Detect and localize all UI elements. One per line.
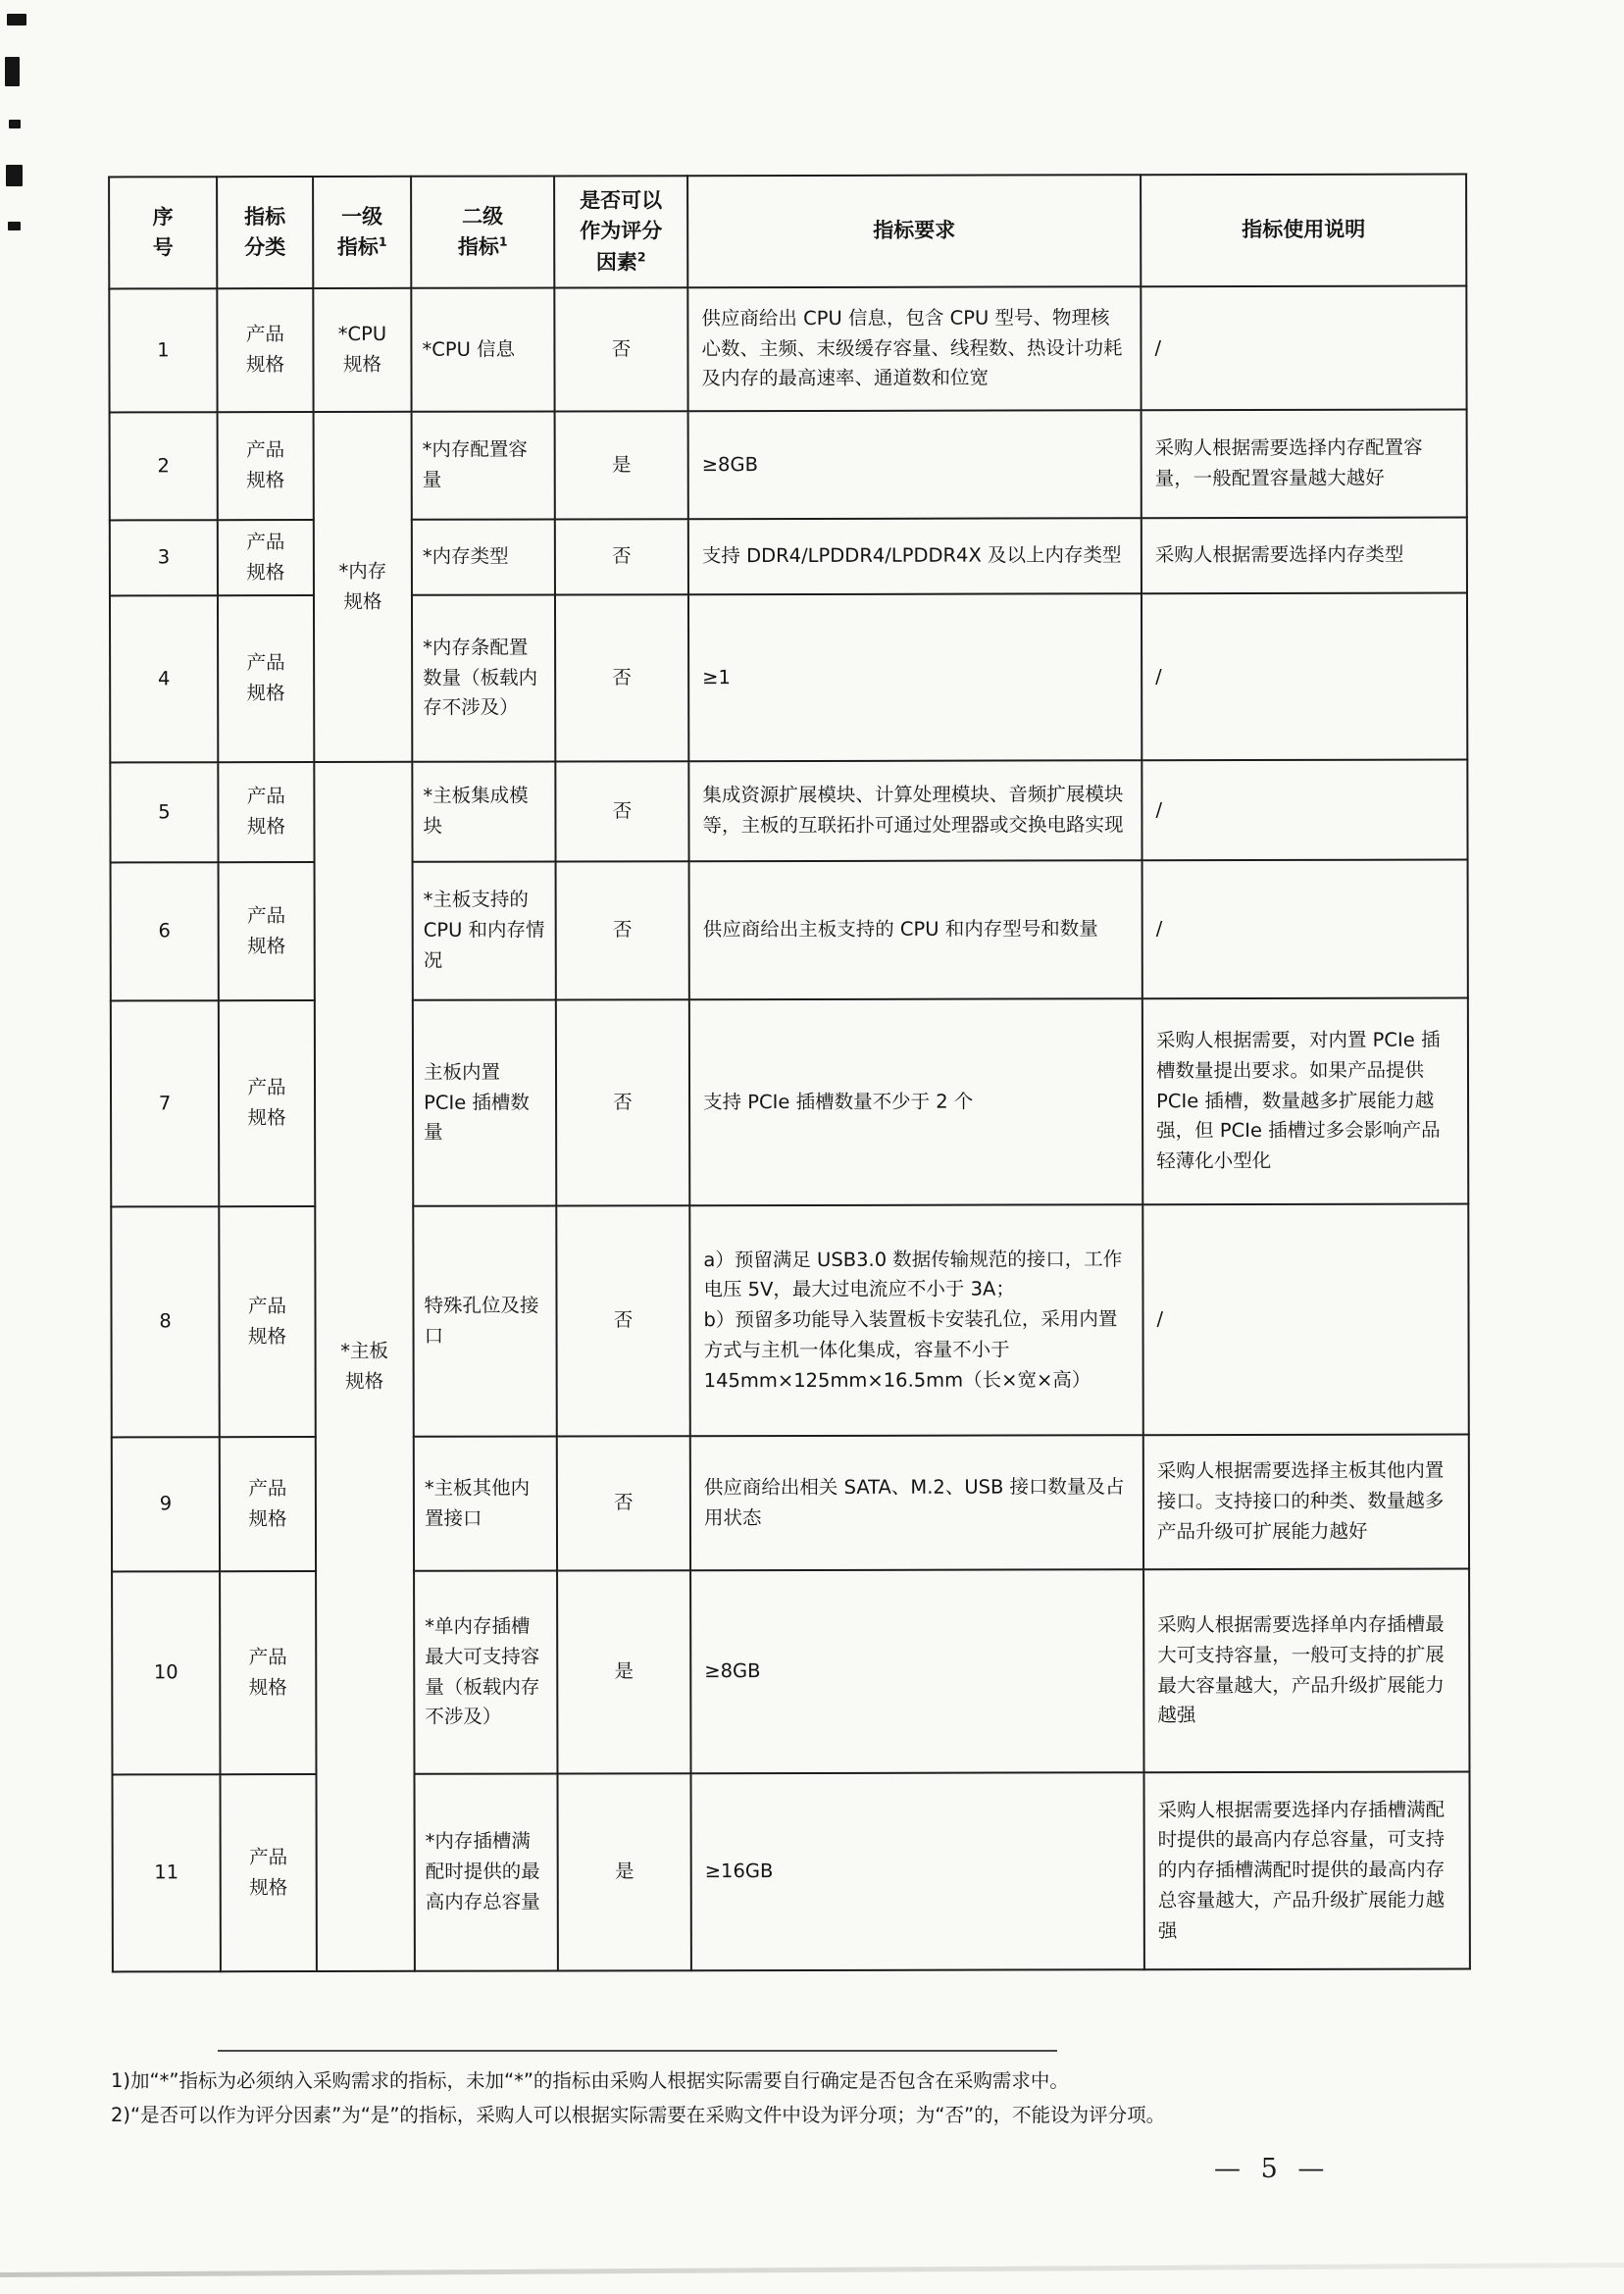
table-header-row: 序 号 指标 分类 一级 指标1 二级 指标1 是否可以 作为评分 因素2 指标… <box>109 175 1466 289</box>
footnote-ref: 1 <box>499 234 508 249</box>
cell-level1: *内存 规格 <box>314 412 413 762</box>
scan-artifact <box>7 14 26 25</box>
cell-requirement: 支持 DDR4/LPDDR4/LPDDR4X 及以上内存类型 <box>688 518 1142 594</box>
cell-requirement: 支持 PCIe 插槽数量不少于 2 个 <box>689 998 1142 1205</box>
cell-level2: *CPU 信息 <box>411 288 554 412</box>
footnote-line: 2)“是否可以作为评分因素”为“是”的指标，采购人可以根据实际需要在采购文件中设… <box>111 2098 1543 2132</box>
cell-category: 产品 规格 <box>220 1571 316 1774</box>
header-category: 指标 分类 <box>217 177 313 288</box>
cell-seq: 8 <box>111 1206 219 1437</box>
cell-level1: *CPU 规格 <box>313 288 411 412</box>
cell-seq: 6 <box>111 862 219 1000</box>
cell-usage: / <box>1141 286 1466 411</box>
cell-scoring: 否 <box>556 861 689 999</box>
cell-level2: *主板支持的 CPU 和内存情况 <box>413 861 556 999</box>
table-row: 3 产品 规格 *内存类型 否 支持 DDR4/LPDDR4/LPDDR4X 及… <box>110 518 1467 596</box>
cell-seq: 3 <box>110 520 218 595</box>
cell-scoring: 否 <box>555 761 688 861</box>
cell-seq: 7 <box>111 1000 219 1206</box>
header-requirement: 指标要求 <box>687 175 1141 287</box>
cell-usage: 采购人根据需要选择内存配置容量，一般配置容量越大越好 <box>1142 410 1467 519</box>
table-row: 6 产品 规格 *主板支持的 CPU 和内存情况 否 供应商给出主板支持的 CP… <box>111 860 1468 1001</box>
cell-scoring: 否 <box>554 287 687 411</box>
cell-usage: / <box>1142 760 1467 861</box>
table-row: 9 产品 规格 *主板其他内置接口 否 供应商给出相关 SATA、M.2、USB… <box>112 1435 1469 1572</box>
cell-level2: *主板集成模块 <box>412 761 555 861</box>
cell-usage: / <box>1142 1204 1468 1436</box>
cell-level1: *主板 规格 <box>314 762 415 1971</box>
cell-seq: 9 <box>112 1437 220 1571</box>
page-number: — 5 — <box>1214 2154 1330 2184</box>
cell-category: 产品 规格 <box>218 412 314 520</box>
cell-requirement: ≥8GB <box>688 410 1142 519</box>
scan-artifact <box>0 2263 1624 2277</box>
cell-scoring: 是 <box>557 1570 690 1773</box>
cell-scoring: 否 <box>555 594 688 761</box>
cell-category: 产品 规格 <box>219 1000 315 1206</box>
table-row: 8 产品 规格 特殊孔位及接口 否 a）预留满足 USB3.0 数据传输规范的接… <box>111 1204 1468 1438</box>
cell-level2: *内存插槽满配时提供的最高内存总容量 <box>414 1773 557 1970</box>
cell-scoring: 是 <box>555 411 688 519</box>
scanned-document-page: 序 号 指标 分类 一级 指标1 二级 指标1 是否可以 作为评分 因素2 指标… <box>0 0 1624 2294</box>
scan-artifact <box>6 165 23 186</box>
cell-seq: 10 <box>112 1571 220 1774</box>
cell-category: 产品 规格 <box>219 1206 315 1437</box>
cell-requirement: ≥16GB <box>690 1772 1143 1970</box>
scan-artifact <box>9 120 21 128</box>
cell-usage: 采购人根据需要选择内存插槽满配时提供的最高内存总容量，可支持的内存插槽满配时提供… <box>1143 1772 1469 1970</box>
cell-requirement: 供应商给出主板支持的 CPU 和内存型号和数量 <box>689 860 1142 999</box>
cell-seq: 11 <box>112 1774 220 1971</box>
header-scoring: 是否可以 作为评分 因素2 <box>554 176 687 287</box>
cell-scoring: 否 <box>555 519 688 594</box>
cell-category: 产品 规格 <box>218 595 314 762</box>
cell-scoring: 否 <box>556 999 689 1205</box>
cell-scoring: 否 <box>557 1436 690 1570</box>
cell-category: 产品 规格 <box>220 1774 316 1971</box>
table-row: 11 产品 规格 *内存插槽满配时提供的最高内存总容量 是 ≥16GB 采购人根… <box>112 1772 1469 1972</box>
table-row: 10 产品 规格 *单内存插槽最大可支持容量（板载内存不涉及） 是 ≥8GB 采… <box>112 1569 1469 1775</box>
cell-level2: *单内存插槽最大可支持容量（板载内存不涉及） <box>414 1570 557 1773</box>
cell-usage: 采购人根据需要选择单内存插槽最大可支持容量，一般可支持的扩展最大容量越大，产品升… <box>1143 1569 1469 1773</box>
spec-indicator-table: 序 号 指标 分类 一级 指标1 二级 指标1 是否可以 作为评分 因素2 指标… <box>108 174 1471 1973</box>
footnote-ref: 2 <box>637 249 646 264</box>
table-row: 1 产品 规格 *CPU 规格 *CPU 信息 否 供应商给出 CPU 信息，包… <box>109 286 1466 413</box>
header-seq: 序 号 <box>109 177 217 288</box>
cell-usage: / <box>1142 860 1468 999</box>
cell-usage: 采购人根据需要选择内存类型 <box>1142 518 1467 594</box>
cell-requirement: a）预留满足 USB3.0 数据传输规范的接口，工作电压 5V，最大过电流应不小… <box>689 1204 1142 1436</box>
cell-requirement: ≥8GB <box>690 1569 1143 1773</box>
cell-requirement: 集成资源扩展模块、计算处理模块、音频扩展模块等，主板的互联拓扑可通过处理器或交换… <box>688 760 1142 861</box>
cell-requirement: 供应商给出 CPU 信息，包含 CPU 型号、物理核心数、主频、末级缓存容量、线… <box>687 286 1141 411</box>
table-row: 7 产品 规格 主板内置 PCIe 插槽数量 否 支持 PCIe 插槽数量不少于… <box>111 998 1468 1207</box>
footnote-separator <box>218 2050 1057 2052</box>
cell-category: 产品 规格 <box>218 520 314 595</box>
footnote-line: 1)加“*”指标为必须纳入采购需求的指标，未加“*”的指标由采购人根据实际需要自… <box>111 2064 1543 2098</box>
cell-requirement: 供应商给出相关 SATA、M.2、USB 接口数量及占用状态 <box>690 1435 1143 1570</box>
table-row: 2 产品 规格 *内存 规格 *内存配置容量 是 ≥8GB 采购人根据需要选择内… <box>110 410 1467 521</box>
footnote-ref: 1 <box>379 234 387 249</box>
table-row: 4 产品 规格 *内存条配置数量（板载内存不涉及） 否 ≥1 / <box>110 593 1467 763</box>
table-row: 5 产品 规格 *主板 规格 *主板集成模块 否 集成资源扩展模块、计算处理模块… <box>110 760 1467 863</box>
cell-seq: 2 <box>110 412 218 520</box>
cell-category: 产品 规格 <box>218 762 314 862</box>
cell-level2: *内存条配置数量（板载内存不涉及） <box>412 594 555 761</box>
cell-scoring: 是 <box>557 1773 690 1970</box>
cell-seq: 4 <box>110 595 218 762</box>
cell-level2: 特殊孔位及接口 <box>413 1205 556 1436</box>
cell-category: 产品 规格 <box>219 862 315 1000</box>
cell-category: 产品 规格 <box>220 1437 316 1571</box>
header-level2: 二级 指标1 <box>411 177 554 288</box>
cell-seq: 1 <box>109 288 217 412</box>
cell-level2: *内存配置容量 <box>412 411 555 519</box>
header-usage: 指标使用说明 <box>1141 175 1466 287</box>
cell-category: 产品 规格 <box>217 288 313 412</box>
cell-usage: 采购人根据需要，对内置 PCIe 插槽数量提出要求。如果产品提供 PCIe 插槽… <box>1142 998 1468 1205</box>
scan-artifact <box>8 222 21 230</box>
cell-seq: 5 <box>110 762 218 862</box>
cell-scoring: 否 <box>556 1205 689 1436</box>
cell-usage: / <box>1142 593 1467 761</box>
scan-artifact <box>5 57 20 86</box>
cell-usage: 采购人根据需要选择主板其他内置接口。支持接口的种类、数量越多产品升级可扩展能力越… <box>1143 1435 1469 1570</box>
cell-level2: 主板内置 PCIe 插槽数量 <box>413 999 556 1205</box>
footnotes: 1)加“*”指标为必须纳入采购需求的指标，未加“*”的指标由采购人根据实际需要自… <box>111 2064 1543 2132</box>
cell-requirement: ≥1 <box>688 593 1142 761</box>
header-level1: 一级 指标1 <box>313 177 411 288</box>
cell-level2: *内存类型 <box>412 519 555 594</box>
cell-level2: *主板其他内置接口 <box>414 1436 557 1570</box>
